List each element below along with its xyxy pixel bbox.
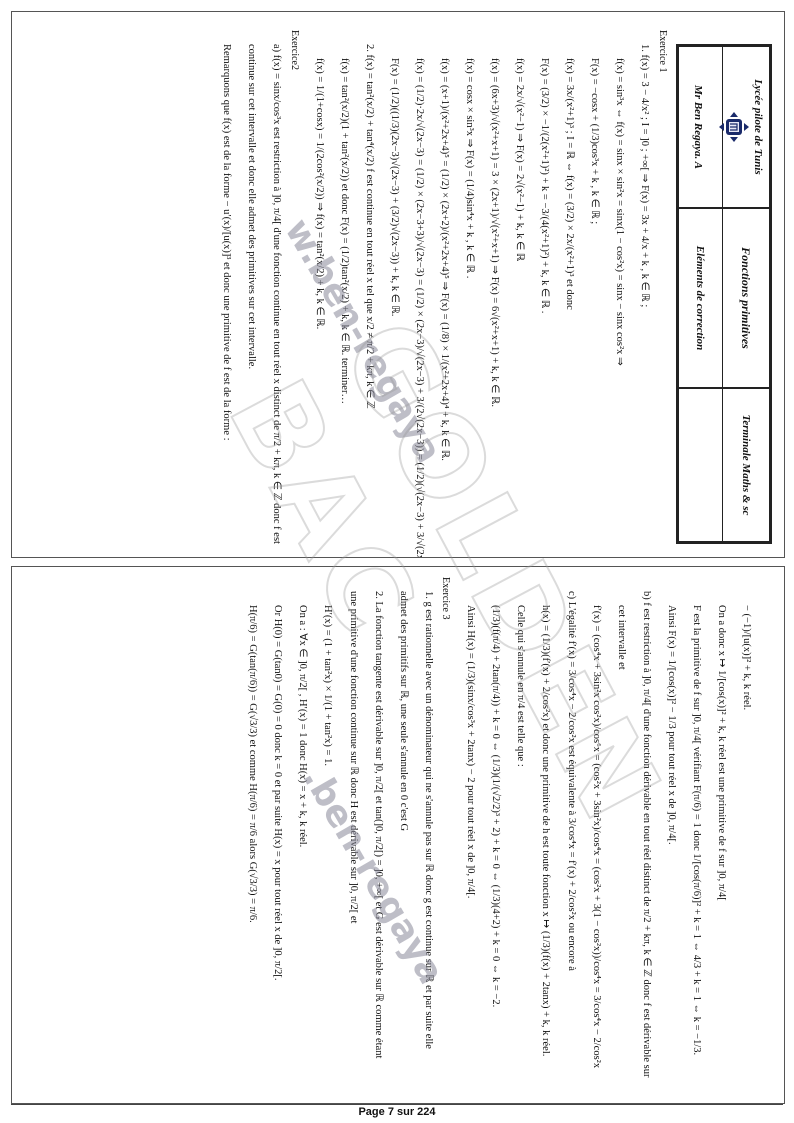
math-line: b) f est restriction à ]0, π/4[ d'une fo… (640, 577, 652, 1097)
math-line: f(x) = cosx × sin³x ⇒ F(x) = (1/4)sin⁴x … (463, 30, 475, 550)
math-line: H(π/6) = G(tan(π/6)) = G(√3/3) et comme … (246, 577, 258, 1097)
math-line: 2. f(x) = tan²(x/2) + tan⁴(x/2) f est co… (363, 30, 375, 550)
math-line: f(x) = tan²(x/2)(1 + tan²(x/2)) et donc … (338, 30, 350, 550)
exercise-1-title: Exercice 1 (657, 30, 669, 550)
document-subtitle: Eléments de correction (679, 209, 722, 387)
page-2-rotated-content: − (−1)/[u(x)]² + k, k réel. On a donc x … (52, 577, 772, 1097)
math-line: Remarquons que f(x) est de la forme − u′… (220, 30, 232, 550)
math-line: 2. La fonction tangente est dérivable su… (372, 577, 384, 1097)
math-line: f(x) = (1/2)·2x/√(2x−3) = (1/2) × (2x−3+… (413, 30, 425, 550)
math-line: a) f(x) = sinx/cos³x est restriction à ]… (270, 30, 282, 550)
math-line: f(x) = (x+1)/(x²+2x+4)⁵ = (1/2) × (2x+2)… (438, 30, 450, 550)
document-page-1: Lycée pilote de Tunis Mr Ben Regaya. A F… (11, 11, 785, 558)
math-line: f(x) = 3x/(x²+1)³ ; I = ℝ ⇔ f(x) = (3/2)… (563, 30, 575, 550)
math-line: F(x) = (1/2)((1/3)(2x−3)√(2x−3) + (3/2)√… (388, 30, 400, 550)
math-line: cet intervalle et (615, 577, 627, 1097)
math-line: On a : ∀x ∈ ]0, π/2[ , H′(x) = 1 donc H(… (296, 577, 308, 1097)
math-line: continue sur cet intervalle et donc elle… (245, 30, 257, 550)
math-line: F(x) = −cosx + (1/3)cos³x + k , k ∈ ℝ ; (588, 30, 600, 550)
math-line: f′(x) = (cos⁴x + 3sin²x cos²x)/cos⁶x = (… (590, 577, 602, 1097)
math-line: c) L'égalité f′(x) = 3/cos⁴x − 2/cos²x e… (565, 577, 577, 1097)
exercise-3-title: Exercice 3 (440, 577, 452, 1097)
page-1-rotated-content: Lycée pilote de Tunis Mr Ben Regaya. A F… (52, 30, 772, 550)
exercise-2-title: Exercice2 (288, 30, 300, 550)
math-line: Celle qui s'annule en π/4 est telle que … (514, 577, 526, 1097)
math-line: (1/3)(f(π/4) + 2tan(π/4)) + k = 0 ⇔ (1/3… (489, 577, 501, 1097)
math-line: f(x) = 1/(1+cosx) = 1/(2cos²(x/2)) ⇒ f(x… (313, 30, 325, 550)
page-2-body: − (−1)/[u(x)]² + k, k réel. On a donc x … (233, 577, 752, 1097)
math-line: On a donc x ↦ 1/[cos(x)]² + k, k réel es… (715, 577, 727, 1097)
math-line: Ainsi H(x) = (1/3)(sinx/cos³x + 2tanx) −… (464, 577, 476, 1097)
math-line: F est la primitive de f sur ]0, π/4[ vér… (690, 577, 702, 1097)
math-line: admet des primitifs sur ℝ, une seule s'a… (397, 577, 409, 1097)
math-line: 1. g est rationnelle avec un dénominateu… (422, 577, 434, 1097)
document-title: Fonctions primitives (723, 209, 769, 387)
math-line: f(x) = 2x/√(x²−1) ⇒ F(x) = 2√(x²−1) + k,… (513, 30, 525, 550)
math-line: − (−1)/[u(x)]² + k, k réel. (740, 577, 752, 1097)
math-line: 1. f(x) = 3 − 4/x² ; I = ]0 ; +∞[ ⇒ F(x)… (638, 30, 650, 550)
math-line: H′(x) = (1 + tan²x) × 1/(1 + tan²x) = 1. (321, 577, 333, 1097)
school-name: Lycée pilote de Tunis (747, 47, 769, 207)
class-level: Terminale Maths & sc (723, 389, 769, 541)
math-line: Ainsi F(x) = 1/[cos(x)]² − 1/3 pour tout… (665, 577, 677, 1097)
page-1-body: Exercice 1 1. f(x) = 3 − 4/x² ; I = ]0 ;… (207, 30, 668, 550)
math-line: Or H(0) = G(tan0) = G(0) = 0 donc k = 0 … (271, 577, 283, 1097)
math-line: f(x) = (6x+3)/√(x²+x+1) = 3 × (2x+1)/√(x… (488, 30, 500, 550)
document-header: Lycée pilote de Tunis Mr Ben Regaya. A F… (676, 44, 772, 544)
document-page-2: − (−1)/[u(x)]² + k, k réel. On a donc x … (11, 566, 785, 1104)
school-emblem-icon (719, 112, 749, 142)
math-line: F(x) = (3/2) × −1/(2(x²+1)²) + k = −3/(4… (538, 30, 550, 550)
math-line: une primitive d'une fonction continue su… (347, 577, 359, 1097)
author-name: Mr Ben Regaya. A (683, 47, 713, 207)
page-number-label: Page 7 sur 224 (0, 1106, 794, 1118)
math-line: h(x) = (1/3)(f′(x) + 2/cos²x) et donc un… (539, 577, 551, 1097)
footer-rule (11, 1104, 783, 1105)
math-line: f(x) = sin³x ⇔ f(x) = sinx × sin²x = sin… (613, 30, 625, 550)
